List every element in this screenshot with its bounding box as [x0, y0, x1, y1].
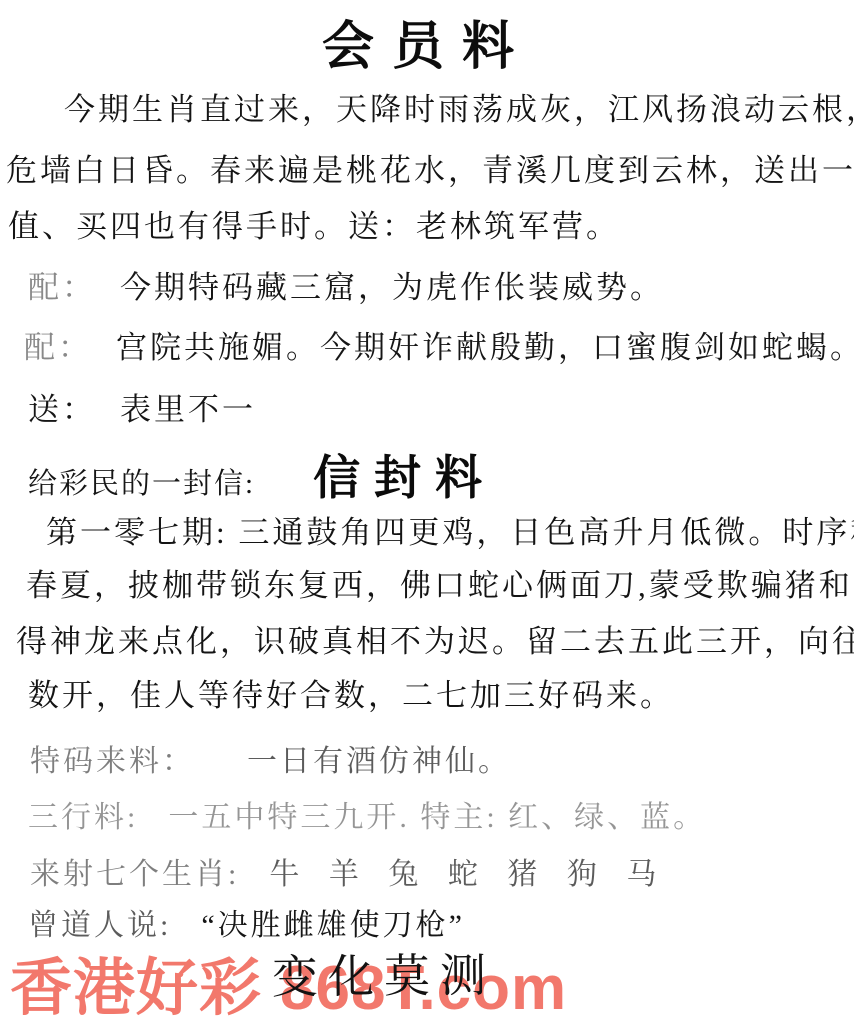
- envelope-intro-label: 给彩民的一封信:: [28, 461, 255, 508]
- member-paragraph-line: 值、买四也有得手时。送：老林筑军营。: [8, 201, 620, 246]
- note-label: 三行料:: [28, 792, 138, 836]
- note-text: 一五中特三九开. 特主: 红、绿、蓝。: [168, 792, 706, 836]
- note-label: 特码来料：: [30, 736, 195, 780]
- envelope-paragraph-line: 第一零七期: 三通鼓角四更鸡，日色高升月低微。时序秋冬又: [46, 507, 854, 552]
- envelope-paragraph-line: 春夏，披枷带锁东复西，佛口蛇心俩面刀,蒙受欺骗猪和羊。幸: [26, 560, 854, 605]
- note-text: 一日有酒仿神仙。: [247, 736, 511, 780]
- tip-label: 配：: [28, 262, 96, 307]
- scanned-document-page: 会员料 今期生肖直过来，天降时雨荡成灰，江风扬浪动云根，重碇 危墙白日昏。春来遍…: [0, 0, 854, 1024]
- note-row: 来射七个生肖: 牛 羊 兔 蛇 猪 狗 马: [30, 849, 659, 893]
- tip-text: 宫院共施媚。今期奸诈献殷勤，口蜜腹剑如蛇蝎。: [116, 322, 854, 367]
- page-title: 会员料: [0, 4, 854, 79]
- envelope-paragraph-line: 数开，佳人等待好合数，二七加三好码来。: [28, 670, 674, 715]
- note-text: 牛 羊 兔 蛇 猪 狗 马: [269, 849, 659, 893]
- tip-row: 配： 宫院共施媚。今期奸诈献殷勤，口蜜腹剑如蛇蝎。: [24, 322, 854, 367]
- tip-text: 今期特码藏三窟，为虎作伥装威势。: [120, 262, 664, 307]
- handwritten-overlay-text: 变化莫测: [272, 939, 497, 1007]
- tip-text: 表里不一: [120, 384, 256, 429]
- tip-label: 配：: [24, 322, 92, 367]
- note-row: 特码来料： 一日有酒仿神仙。: [30, 736, 511, 780]
- envelope-section-title: 信封料: [313, 441, 496, 508]
- tip-label: 送：: [28, 384, 96, 429]
- note-label: 来射七个生肖:: [30, 849, 239, 893]
- note-row: 三行料: 一五中特三九开. 特主: 红、绿、蓝。: [28, 792, 706, 836]
- member-paragraph-line: 今期生肖直过来，天降时雨荡成灰，江风扬浪动云根，重碇: [64, 84, 854, 129]
- member-paragraph-line: 危墙白日昏。春来遍是桃花水，青溪几度到云林，送出一八求六: [6, 145, 854, 190]
- tip-row: 配： 今期特码藏三窟，为虎作伥装威势。: [28, 262, 664, 307]
- tip-row: 送： 表里不一: [28, 384, 256, 429]
- envelope-paragraph-line: 得神龙来点化，识破真相不为迟。留二去五此三开，向往三五二: [16, 616, 854, 661]
- envelope-header: 给彩民的一封信: 信封料: [28, 441, 496, 508]
- watermark-brand-text: 香港好彩: [10, 954, 262, 1023]
